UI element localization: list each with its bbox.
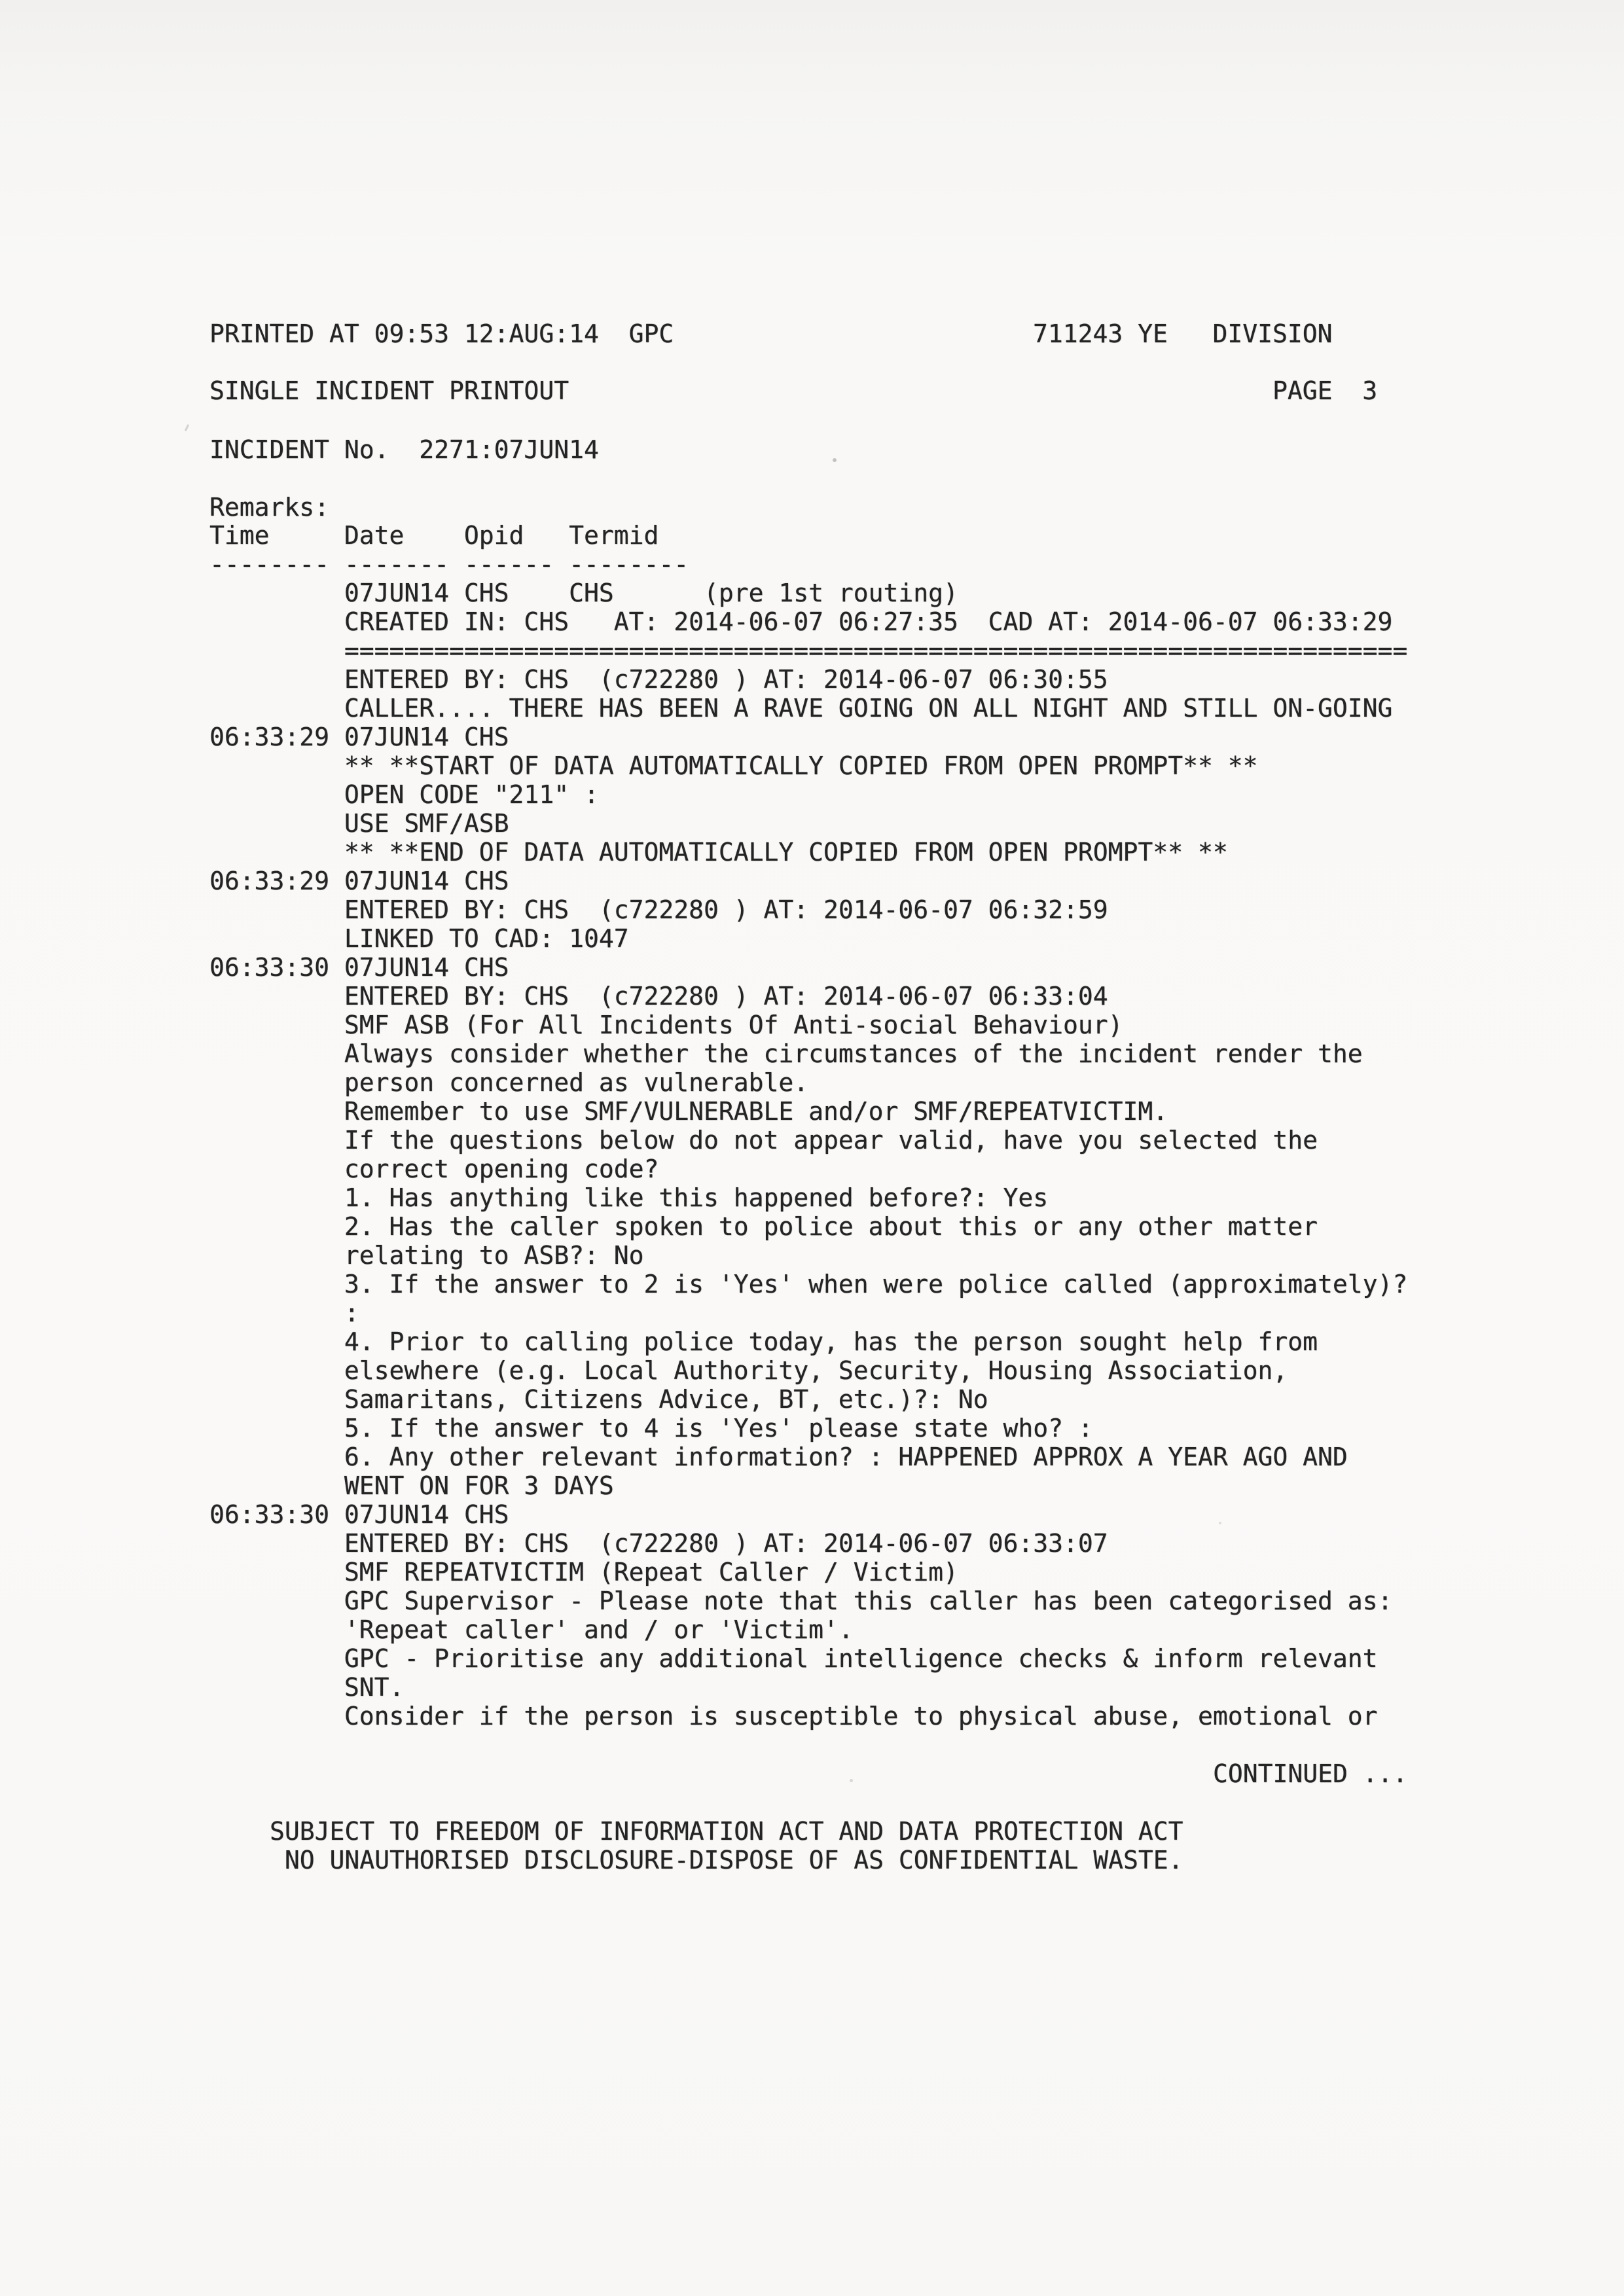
scanned-page: PRINTED AT 09:53 12:AUG:14 GPC 711243 YE… [0, 0, 1624, 2296]
scan-speck [1219, 1522, 1221, 1524]
scan-speck [833, 458, 837, 462]
page-title: SINGLE INCIDENT PRINTOUT [209, 376, 569, 405]
confidentiality-footer: SUBJECT TO FREEDOM OF INFORMATION ACT AN… [270, 1817, 1183, 1874]
continued-note: CONTINUED ... [1213, 1759, 1407, 1788]
page-number: PAGE 3 [1272, 376, 1377, 405]
print-header: PRINTED AT 09:53 12:AUG:14 GPC [209, 319, 674, 348]
remarks-label: Remarks: [209, 493, 329, 522]
remarks-log: Time Date Opid Termid -------- ------- -… [209, 521, 1407, 1731]
scan-speck [185, 424, 189, 431]
scan-speck [850, 1779, 853, 1782]
incident-number: INCIDENT No. 2271:07JUN14 [209, 435, 599, 464]
division-reference: 711243 YE DIVISION [1033, 319, 1333, 348]
